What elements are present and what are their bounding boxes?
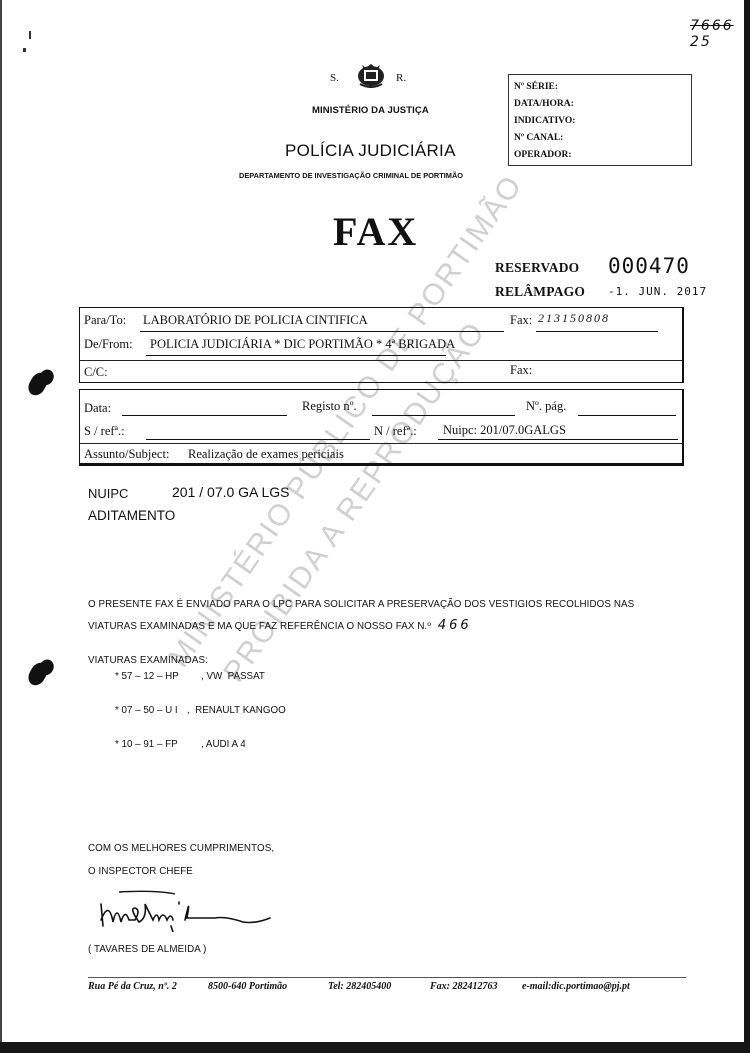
registry-label: Registo nº. bbox=[302, 399, 357, 414]
body-paragraph-line-2: VIATURAS EXAMINADAS E MA QUE FAZ REFERÊN… bbox=[88, 618, 472, 633]
handwritten-page-number: 7666 25 bbox=[690, 18, 734, 50]
details-box: Data: Registo nº. Nº. pág. S / refª.: N … bbox=[79, 389, 684, 466]
crest-right-letter: R. bbox=[396, 72, 406, 84]
body-paragraph-text: VIATURAS EXAMINADAS E MA QUE FAZ REFERÊN… bbox=[88, 621, 431, 632]
department-name: DEPARTAMENTO DE INVESTIGAÇÃO CRIMINAL DE… bbox=[239, 171, 463, 180]
vehicle-plate: * 10 – 91 – FP bbox=[115, 739, 201, 750]
body-paragraph-line-1: O PRESENTE FAX É ENVIADO PARA O LPC PARA… bbox=[88, 599, 634, 610]
vehicle-item: * 57 – 12 – HP, VW PASSAT bbox=[115, 671, 265, 682]
serial-label: Nº SÉRIE: bbox=[514, 82, 558, 92]
transmission-meta-box: Nº SÉRIE: DATA/HORA: INDICATIVO: Nº CANA… bbox=[508, 74, 692, 166]
ministry-name: MINISTÉRIO DA JUSTIÇA bbox=[312, 105, 429, 116]
vehicle-model: , AUDI A 4 bbox=[201, 739, 246, 750]
our-ref-underline bbox=[438, 439, 678, 440]
footer-address: Rua Pé da Cruz, nº. 2 bbox=[88, 981, 177, 992]
channel-label: Nº CANAL: bbox=[514, 133, 563, 143]
details-divider bbox=[80, 443, 682, 444]
reservado-label: RESERVADO bbox=[495, 260, 579, 276]
agency-name: POLÍCIA JUDICIÁRIA bbox=[285, 141, 456, 161]
indicative-label: INDICATIVO: bbox=[514, 116, 575, 126]
current-number: 25 bbox=[690, 34, 712, 50]
signature-icon bbox=[95, 890, 275, 932]
vehicle-plate: * 57 – 12 – HP bbox=[115, 671, 201, 682]
signer-title: O INSPECTOR CHEFE bbox=[88, 866, 193, 877]
routing-box: Para/To: LABORATÓRIO DE POLICIA CINTIFIC… bbox=[79, 307, 684, 383]
coat-of-arms-icon bbox=[356, 62, 386, 88]
registry-underline bbox=[372, 415, 515, 416]
footer-phone: Tel: 282405400 bbox=[328, 981, 391, 992]
your-ref-underline bbox=[146, 439, 370, 440]
your-ref-label: S / refª.: bbox=[84, 424, 125, 439]
scan-speck bbox=[29, 31, 31, 39]
nuipc-value: 201 / 07.0 GA LGS bbox=[172, 484, 290, 500]
cc-fax-label: Fax: bbox=[510, 363, 532, 378]
scan-edge-right bbox=[744, 0, 750, 1053]
to-fax-value: 213150808 bbox=[538, 311, 610, 326]
reservado-number-stamp: 000470 bbox=[608, 254, 690, 278]
subject-label: Assunto/Subject: bbox=[84, 447, 169, 462]
to-fax-underline bbox=[536, 331, 658, 332]
vehicle-plate: * 07 – 50 – U I bbox=[115, 705, 187, 716]
datetime-label: DATA/HORA: bbox=[514, 99, 574, 109]
routing-divider bbox=[80, 360, 682, 361]
page-underline bbox=[578, 415, 676, 416]
referenced-fax-number: 466 bbox=[438, 618, 472, 633]
aditamento-heading: ADITAMENTO bbox=[88, 508, 175, 523]
document-title: FAX bbox=[333, 208, 418, 255]
subject-value: Realização de exames periciais bbox=[188, 447, 344, 462]
to-value: LABORATÓRIO DE POLICIA CINTIFICA bbox=[143, 313, 368, 328]
date-stamp: -1. JUN. 2017 bbox=[608, 285, 707, 298]
to-label: Para/To: bbox=[84, 313, 126, 328]
our-ref-value: Nuipc: 201/07.0GALGS bbox=[443, 423, 566, 438]
date-underline bbox=[122, 415, 287, 416]
from-underline bbox=[146, 355, 446, 356]
punch-hole-top bbox=[25, 370, 51, 399]
crest-row: S. R. bbox=[330, 62, 410, 90]
our-ref-label: N / refª.: bbox=[374, 424, 417, 439]
footer-postal: 8500-640 Portimão bbox=[208, 981, 287, 992]
scan-speck bbox=[23, 48, 26, 52]
nuipc-label: NUIPC bbox=[88, 486, 128, 501]
punch-hole-bottom bbox=[25, 660, 51, 689]
vehicle-model: , VW PASSAT bbox=[201, 671, 265, 682]
page-label: Nº. pág. bbox=[526, 399, 566, 414]
struck-number: 7666 bbox=[690, 18, 734, 34]
from-label: De/From: bbox=[84, 337, 133, 352]
footer-fax: Fax: 282412763 bbox=[430, 981, 498, 992]
signer-name: ( TAVARES DE ALMEIDA ) bbox=[88, 944, 207, 955]
to-underline bbox=[140, 331, 504, 332]
closing-line: COM OS MELHORES CUMPRIMENTOS, bbox=[88, 843, 274, 854]
cc-label: C/C: bbox=[84, 365, 108, 380]
scan-edge-bottom bbox=[0, 1042, 750, 1053]
to-fax-label: Fax: bbox=[510, 313, 532, 328]
scan-edge-left bbox=[0, 0, 2, 1053]
vehicle-item: * 07 – 50 – U I, RENAULT KANGOO bbox=[115, 705, 286, 716]
vehicle-model: , RENAULT KANGOO bbox=[187, 705, 286, 716]
relampago-label: RELÂMPAGO bbox=[495, 284, 585, 300]
operator-label: OPERADOR: bbox=[514, 150, 572, 160]
from-value: POLICIA JUDICIÁRIA * DIC PORTIMÃO * 4ª B… bbox=[150, 337, 455, 352]
crest-left-letter: S. bbox=[330, 72, 339, 84]
date-label: Data: bbox=[84, 401, 111, 416]
footer-rule bbox=[88, 977, 686, 978]
vehicles-heading: VIATURAS EXAMINADAS: bbox=[88, 655, 208, 666]
vehicle-item: * 10 – 91 – FP, AUDI A 4 bbox=[115, 739, 246, 750]
footer-email: e-mail:dic.portimao@pj.pt bbox=[522, 981, 630, 992]
